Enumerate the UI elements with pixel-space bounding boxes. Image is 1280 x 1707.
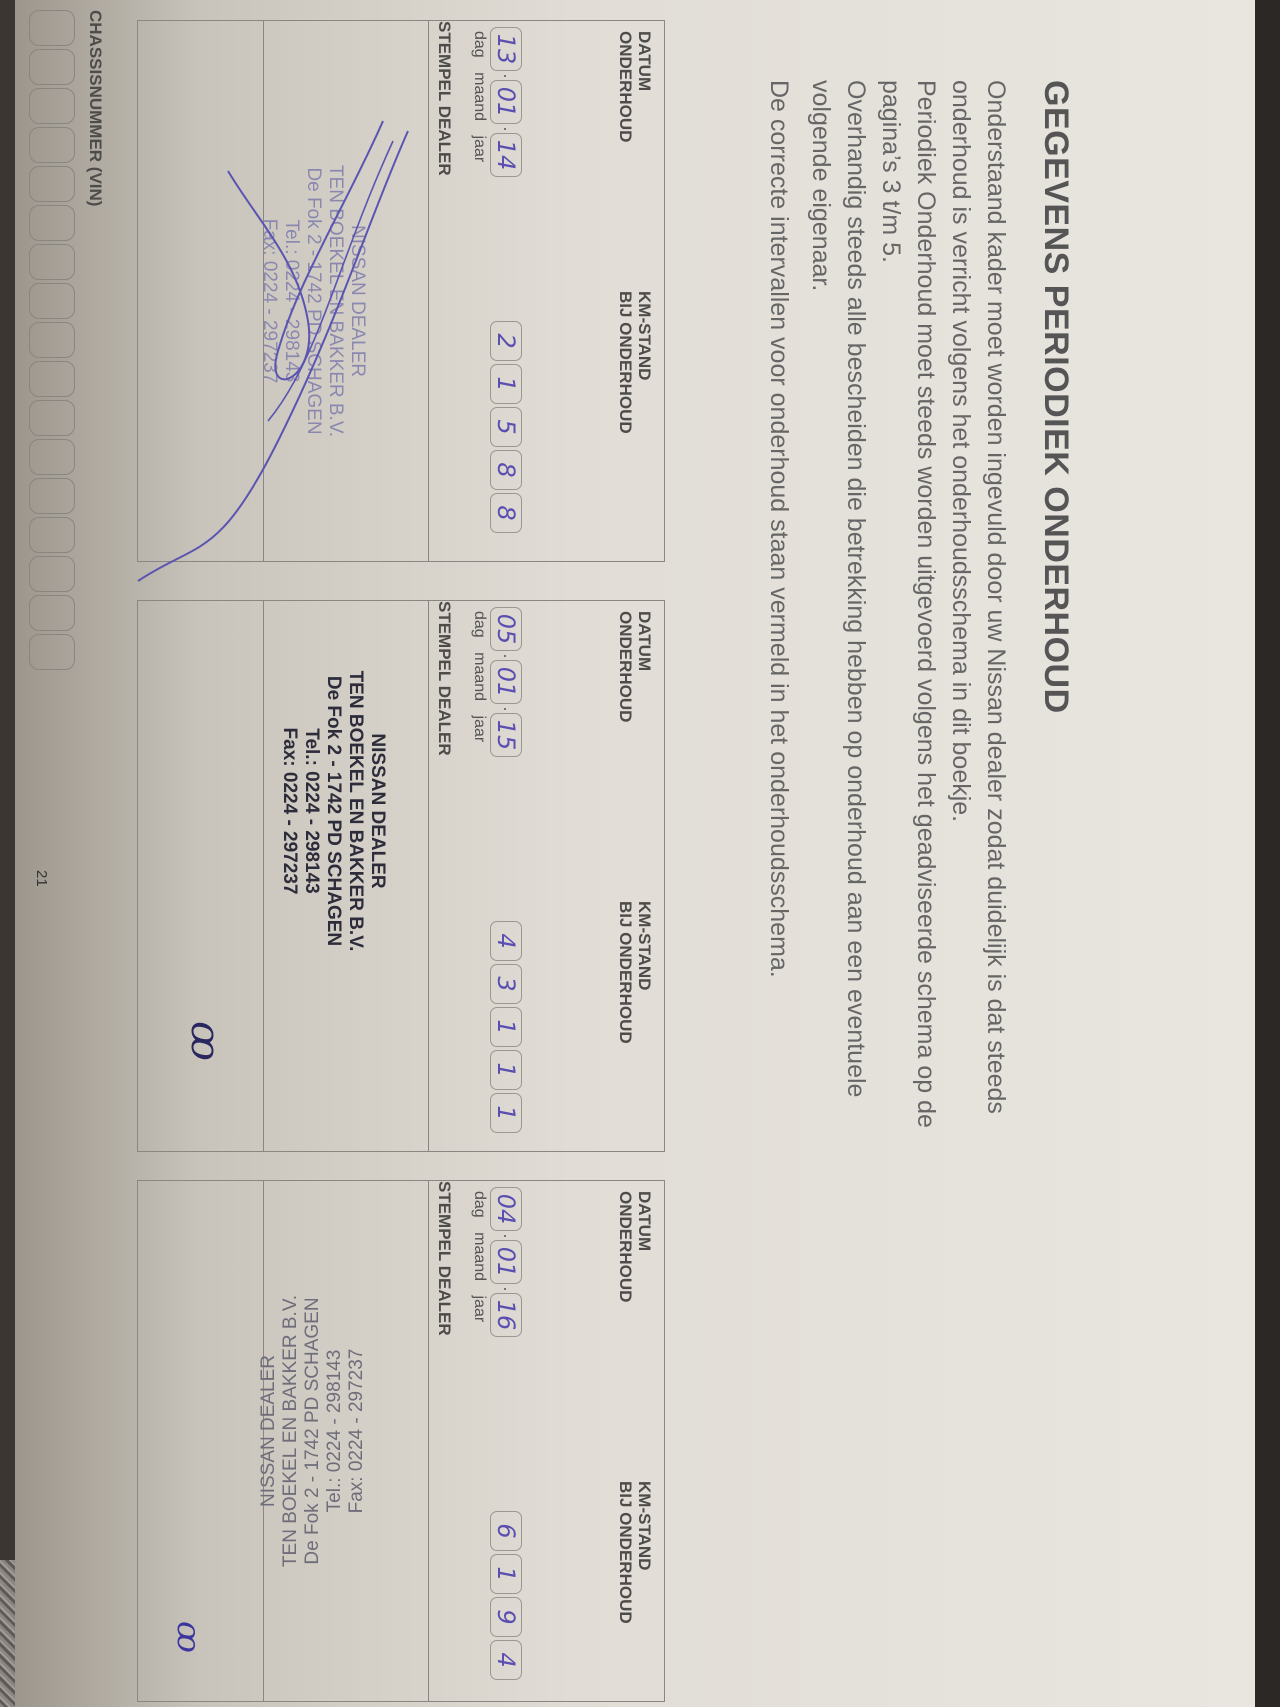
day-cell[interactable]: 05 (490, 607, 522, 651)
km-digit[interactable]: 1 (490, 364, 522, 404)
vin-character-box[interactable] (29, 127, 75, 163)
stamp-label: STEMPEL DEALER (434, 21, 454, 176)
km-digit[interactable]: 1 (490, 1093, 522, 1133)
day-cell[interactable]: 04 (490, 1187, 522, 1231)
year-cell[interactable]: 14 (490, 133, 522, 177)
km-label: KM-STANDBIJ ONDERHOUD (616, 901, 654, 1044)
km-label: KM-STANDBIJ ONDERHOUD (616, 291, 654, 434)
vin-character-box[interactable] (29, 595, 75, 631)
stamp-label: STEMPEL DEALER (434, 1181, 454, 1336)
page-number: 21 (33, 870, 50, 887)
month-cell[interactable]: 01 (490, 660, 522, 704)
paragraph-line: Overhandig steeds alle bescheiden die be… (841, 80, 870, 1097)
date-sublabel: dag maand jaar (470, 1191, 488, 1322)
vin-character-box[interactable] (29, 361, 75, 397)
km-digit[interactable]: 9 (490, 1597, 522, 1637)
paragraph-line: De correcte intervallen voor onderhoud s… (764, 80, 793, 978)
paragraph-line: onderhoud is verricht volgens het onderh… (946, 80, 975, 822)
km-digit[interactable]: 4 (490, 1640, 522, 1680)
vin-character-box[interactable] (29, 244, 75, 280)
vin-character-box[interactable] (29, 49, 75, 85)
maintenance-entry-2: DATUMONDERHOUD KM-STANDBIJ ONDERHOUD 05·… (263, 600, 665, 1152)
maintenance-entry-1: DATUMONDERHOUD KM-STANDBIJ ONDERHOUD 13·… (263, 20, 665, 562)
km-digit[interactable]: 5 (490, 407, 522, 447)
date-field[interactable]: 04· 01· 16 (490, 1187, 522, 1340)
km-digit[interactable]: 3 (490, 964, 522, 1004)
signature-icon (138, 21, 428, 561)
year-cell[interactable]: 16 (490, 1293, 522, 1337)
vin-character-box[interactable] (29, 283, 75, 319)
km-digit[interactable]: 8 (490, 493, 522, 533)
date-sublabel: dag maand jaar (470, 611, 488, 742)
vin-character-box[interactable] (29, 517, 75, 553)
paragraph-line: Onderstaand kader moet worden ingevuld d… (981, 80, 1010, 1114)
vin-character-box[interactable] (29, 205, 75, 241)
km-digit[interactable]: 6 (490, 1511, 522, 1551)
km-digit[interactable]: 8 (490, 450, 522, 490)
date-field[interactable]: 05· 01· 15 (490, 607, 522, 760)
km-field[interactable]: 2 1 5 8 8 (490, 321, 522, 536)
date-sublabel: dag maand jaar (470, 31, 488, 162)
vin-character-box[interactable] (29, 478, 75, 514)
km-digit[interactable]: 1 (490, 1007, 522, 1047)
date-label: DATUMONDERHOUD (616, 1191, 654, 1302)
km-field[interactable]: 4 3 1 1 1 (490, 921, 522, 1136)
day-cell[interactable]: 13 (490, 27, 522, 71)
km-label: KM-STANDBIJ ONDERHOUD (616, 1481, 654, 1624)
km-digit[interactable]: 1 (490, 1554, 522, 1594)
date-label: DATUMONDERHOUD (616, 31, 654, 142)
vin-character-box[interactable] (29, 166, 75, 202)
service-booklet-page: GEGEVENS PERIODIEK ONDERHOUD Onderstaand… (15, 0, 1255, 1707)
paragraph-line: pagina’s 3 t/m 5. (876, 80, 905, 263)
vin-field[interactable] (29, 10, 75, 673)
month-cell[interactable]: 01 (490, 1240, 522, 1284)
dealer-stamp-area: NISSAN DEALER TEN BOEKEL EN BAKKER B.V. … (137, 1180, 429, 1702)
vin-character-box[interactable] (29, 439, 75, 475)
dealer-stamp-area: NISSAN DEALER TEN BOEKEL EN BAKKER B.V. … (137, 600, 429, 1152)
dealer-stamp: NISSAN DEALER TEN BOEKEL EN BAKKER B.V. … (258, 1221, 368, 1641)
year-cell[interactable]: 15 (490, 713, 522, 757)
km-digit[interactable]: 2 (490, 321, 522, 361)
dealer-stamp-area: NISSAN DEALER TEN BOEKEL EN BAKKER B.V. … (137, 20, 429, 562)
month-cell[interactable]: 01 (490, 80, 522, 124)
vin-character-box[interactable] (29, 322, 75, 358)
vin-character-box[interactable] (29, 88, 75, 124)
vin-label: CHASSISNUMMER (VIN) (85, 10, 105, 206)
dealer-stamp: NISSAN DEALER TEN BOEKEL EN BAKKER B.V. … (278, 601, 388, 1021)
km-digit[interactable]: 4 (490, 921, 522, 961)
vin-character-box[interactable] (29, 634, 75, 670)
vin-character-box[interactable] (29, 556, 75, 592)
initials-mark: ꝏ (170, 1621, 208, 1653)
km-field[interactable]: 6 1 9 4 (490, 1511, 522, 1683)
stamp-label: STEMPEL DEALER (434, 601, 454, 756)
paragraph-line: Periodiek Onderhoud moet steeds worden u… (911, 80, 940, 1128)
date-label: DATUMONDERHOUD (616, 611, 654, 722)
vin-character-box[interactable] (29, 10, 75, 46)
km-digit[interactable]: 1 (490, 1050, 522, 1090)
vin-character-box[interactable] (29, 400, 75, 436)
maintenance-entry-3: DATUMONDERHOUD KM-STANDBIJ ONDERHOUD 04·… (263, 1180, 665, 1702)
paragraph-line: volgende eigenaar. (806, 80, 835, 291)
initials-mark: ꝏ (182, 1021, 228, 1061)
date-field[interactable]: 13· 01· 14 (490, 27, 522, 180)
page-title: GEGEVENS PERIODIEK ONDERHOUD (1036, 80, 1075, 714)
